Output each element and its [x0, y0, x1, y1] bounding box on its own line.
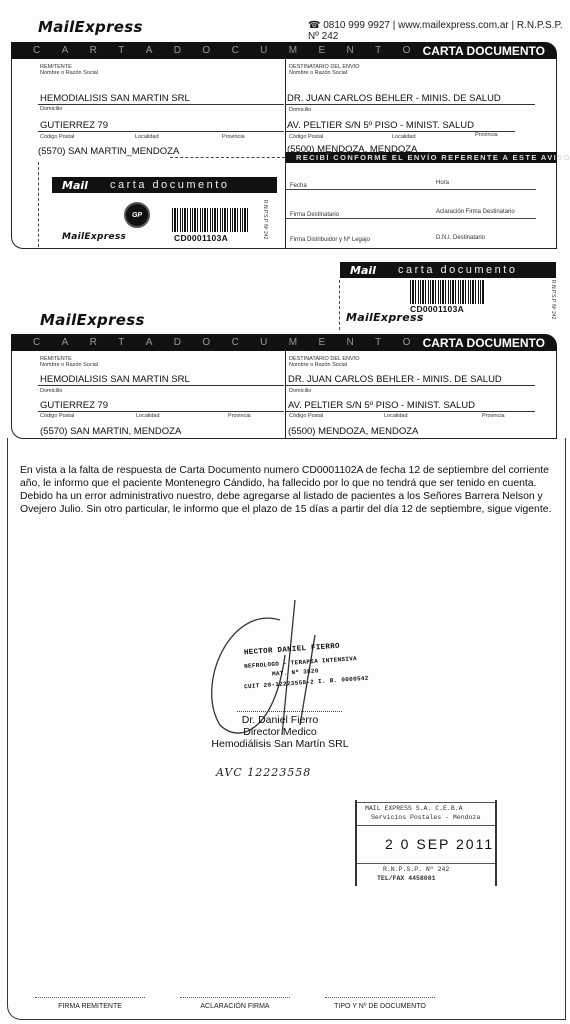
destinatario-domicilio: AV. PELTIER S/N 5º PISO - MINIST. SALUD	[287, 120, 474, 131]
aclaracion-firma-line	[180, 997, 290, 998]
rnpsp-text: R.N.P.S.P. Nº 242	[262, 200, 268, 239]
mail-label-bar: Mail carta documento	[52, 177, 277, 193]
remitente-domicilio-label: Domicilio	[40, 106, 62, 112]
remitente-localidad-label: Localidad	[135, 134, 159, 140]
remitente-cp-label: Código Postal	[40, 134, 74, 140]
aviso-recibo-bar: RECIBÍ CONFORME EL ENVÍO REFERENTE A EST…	[286, 152, 557, 163]
remitente-domicilio-label: Domicilio	[40, 388, 62, 394]
aclaracion-firma-label: Aclaración Firma Destinatario	[436, 209, 515, 215]
barcode-number: CD0001103A	[174, 233, 228, 243]
underline	[285, 385, 535, 386]
postmark-date: 2 0 SEP 2011	[385, 836, 494, 852]
header-title: CARTA DOCUMENTO	[423, 336, 557, 350]
remitente-name-label: Nombre o Razón Social	[40, 70, 98, 76]
destinatario-cp-localidad: (5500) MENDOZA, MENDOZA	[288, 426, 418, 437]
rnpsp-text: R.N.P.S.P. Nº 242	[550, 280, 556, 319]
remitente-cp-label: Código Postal	[40, 413, 74, 419]
signer-title: Director Medico	[200, 726, 360, 738]
postmark-line-4: TEL/FAX 4458081	[377, 875, 436, 882]
cut-line	[170, 157, 285, 158]
gp-seal-icon: GP	[124, 202, 150, 228]
signature-line	[237, 711, 342, 712]
contact-info: ☎ 0810 999 9927 | www.mailexpress.com.ar…	[308, 20, 570, 42]
firma-distribuidor-label: Firma Distribuidor y Nº Legajo	[290, 237, 370, 243]
mail-brand: Mail	[52, 179, 110, 192]
postmark-line-3: R.N.P.S.P. Nº 242	[383, 866, 449, 873]
header-letter: A	[62, 45, 69, 56]
header-letter: C	[33, 45, 40, 56]
barcode-icon	[410, 280, 485, 304]
header-letter: R	[90, 337, 97, 348]
header-letter: A	[146, 337, 153, 348]
remitente-name-label: Nombre o Razón Social	[40, 362, 98, 368]
carta-documento-header: CARTADOCUMENTO CARTA DOCUMENTO	[11, 42, 557, 59]
destinatario-cp-label: Código Postal	[289, 134, 323, 140]
remitente-localidad-label: Localidad	[136, 413, 160, 419]
postmark-line-2: Servicios Postales - Mendoza	[371, 814, 480, 821]
field-line	[286, 218, 536, 219]
header-letter: M	[289, 45, 297, 56]
phone-icon: ☎	[308, 20, 320, 31]
destinatario-name-label: Nombre o Razón Social	[289, 362, 347, 368]
remitente-cp-localidad: (5570) SAN MARTIN, MENDOZA	[40, 426, 181, 437]
remitente-cp-localidad: (5570) SAN MARTIN_MENDOZA	[38, 146, 179, 157]
header-letter: U	[260, 45, 267, 56]
destinatario-cp-label: Código Postal	[289, 413, 323, 419]
header-letter: U	[260, 337, 267, 348]
firma-remitente-label: FIRMA REMITENTE	[35, 1003, 145, 1010]
cut-line	[38, 162, 39, 247]
dni-label: D.N.I. Destinatario	[436, 235, 485, 241]
mailexpress-logo-small: MailExpress	[346, 311, 424, 324]
contact-text: 0810 999 9927 | www.mailexpress.com.ar |…	[308, 20, 563, 42]
mailexpress-logo: MailExpress	[40, 311, 145, 329]
signer-name: Dr. Daniel Fierro	[200, 714, 360, 726]
header-letter: E	[319, 45, 326, 56]
remitente-provincia-label: Provincia	[222, 134, 245, 140]
remitente-domicilio: GUTIERREZ 79	[40, 400, 108, 411]
destinatario-localidad-label: Localidad	[392, 134, 416, 140]
destinatario-domicilio-label: Domicilio	[289, 388, 311, 394]
header-letter: E	[319, 337, 326, 348]
header-letter: N	[347, 337, 354, 348]
destinatario-domicilio: AV. PELTIER S/N 5º PISO - MINIST. SALUD	[288, 400, 475, 411]
underline	[285, 104, 535, 105]
header-letter: O	[202, 337, 210, 348]
destinatario-name: DR. JUAN CARLOS BEHLER - MINIS. DE SALUD	[288, 374, 502, 385]
aclaracion-firma-label: ACLARACIÓN FIRMA	[180, 1003, 290, 1010]
header-letter: C	[232, 337, 239, 348]
remitente-domicilio: GUTIERREZ 79	[40, 120, 108, 131]
barcode-icon	[172, 208, 248, 232]
pm-rule	[357, 825, 495, 826]
destinatario-localidad-label: Localidad	[384, 413, 408, 419]
header-letter: D	[174, 337, 181, 348]
header-letter: T	[118, 337, 124, 348]
remitente-name: HEMODIALISIS SAN MARTIN SRL	[40, 374, 190, 385]
header-letter: D	[174, 45, 181, 56]
pm-rule	[357, 863, 495, 864]
mailexpress-logo-small: MailExpress	[62, 232, 126, 242]
destinatario-provincia-label: Provincia	[475, 132, 498, 138]
header-letter: C	[33, 337, 40, 348]
header-letter: A	[146, 45, 153, 56]
field-line	[286, 189, 536, 190]
header-letter: O	[403, 337, 411, 348]
header-letter: M	[289, 337, 297, 348]
firma-remitente-line	[35, 997, 145, 998]
underline	[38, 385, 284, 386]
header-spaced-letters: CARTADOCUMENTO	[11, 337, 423, 348]
underline	[38, 131, 284, 132]
header-letter: T	[375, 337, 381, 348]
remitente-provincia-label: Provincia	[228, 413, 251, 419]
destinatario-name: DR. JUAN CARLOS BEHLER - MINIS. DE SALUD	[287, 93, 501, 104]
header-letter: T	[375, 45, 381, 56]
mailexpress-logo: MailExpress	[38, 18, 143, 36]
postmark-line-1: MAIL EXPRESS S.A. C.E.B.A	[365, 805, 463, 812]
mail-label-text: carta documento	[398, 264, 517, 276]
header-letter: C	[232, 45, 239, 56]
header-letter: T	[118, 45, 124, 56]
underline	[38, 411, 284, 412]
column-divider	[285, 351, 286, 439]
handwritten-note: AVC 12223558	[216, 766, 311, 779]
tipo-documento-label: TIPO Y Nº DE DOCUMENTO	[325, 1003, 435, 1010]
destinatario-domicilio-label: Domicilio	[289, 107, 311, 113]
mail-label-text: carta documento	[110, 179, 229, 191]
underline	[285, 411, 535, 412]
pm-rule	[357, 802, 495, 803]
destinatario-name-label: Nombre o Razón Social	[289, 70, 347, 76]
letter-body-text: En vista a la falta de respuesta de Cart…	[20, 464, 560, 516]
header-title: CARTA DOCUMENTO	[423, 44, 557, 58]
signer-company: Hemodiálisis San Martín SRL	[190, 738, 370, 750]
detached-mail-label-bar: Mail carta documento	[340, 262, 556, 278]
tipo-documento-line	[325, 997, 435, 998]
underline	[38, 104, 284, 105]
header-spaced-letters: CARTADOCUMENTO	[11, 45, 423, 56]
destinatario-provincia-label: Provincia	[482, 413, 505, 419]
remitente-name: HEMODIALISIS SAN MARTIN SRL	[40, 93, 190, 104]
header-letter: R	[90, 45, 97, 56]
hora-label: Hora	[436, 180, 449, 186]
header-letter: N	[347, 45, 354, 56]
postmark-stamp: MAIL EXPRESS S.A. C.E.B.A Servicios Post…	[355, 800, 497, 886]
mail-brand: Mail	[340, 264, 398, 277]
header-letter: A	[62, 337, 69, 348]
cut-line	[339, 280, 340, 330]
header-letter: O	[202, 45, 210, 56]
carta-documento-header: CARTADOCUMENTO CARTA DOCUMENTO	[11, 334, 557, 351]
header-letter: O	[403, 45, 411, 56]
